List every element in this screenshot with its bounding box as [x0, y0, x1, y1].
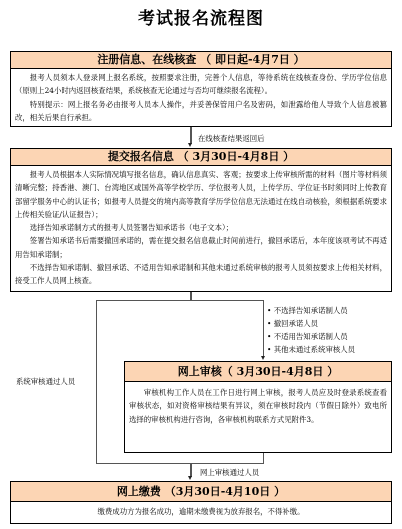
connector-line [263, 300, 264, 357]
paragraph: 不选择告知承诺制、撤回承诺、不适用告知承诺制和其他未通过系统审核的报考人员须按要… [15, 261, 387, 288]
step-review: 网上审核（ 3月30日-4月8日 ） 审核机构工作人员在工作日进行网上审核，报考… [124, 361, 392, 453]
paragraph: 特别提示：网上报名务必由报考人员本人操作，并妥善保管用户名及密码，如泄露给他人导… [15, 98, 387, 125]
step-submit-header: 提交报名信息 （ 3月30日-4月8日 ） [11, 149, 391, 166]
step-review-body: 审核机构工作人员在工作日进行网上审核，报考人员应及时登录系统查看审核状态，如对资… [125, 382, 391, 426]
connector-line [96, 300, 97, 464]
list-item: 其他未通过系统审核人员 [267, 343, 355, 356]
paragraph: 报考人员须本人登录网上报名系统，按照要求注册，完善个人信息，等待系统在线核查身份… [15, 71, 387, 98]
step-payment-header: 网上缴费 （3月30日-4月10日 ） [11, 482, 391, 502]
list-item: 撤回承诺人员 [267, 317, 355, 330]
step-submit-body: 报考人员根据本人实际情况填写报名信息，确认信息真实、客观；按要求上传审核所需的材… [11, 166, 391, 288]
connector-label-system-pass: 系统审核通过人员 [16, 376, 75, 387]
list-item: 不选择告知承诺制人员 [267, 304, 355, 317]
arrow-down-icon [261, 356, 265, 360]
step-submit: 提交报名信息 （ 3月30日-4月8日 ） 报考人员根据本人实际情况填写报名信息… [10, 148, 392, 292]
step-payment-body: 缴费成功方为报名成功，逾期未缴费视为放弃报名，不得补缴。 [11, 502, 391, 522]
connector-line [190, 127, 192, 144]
step-register: 注册信息、在线核查 （ 即日起-4月7日 ） 报考人员须本人登录网上报名系统，按… [10, 51, 392, 127]
connector-label-after-check: 在线核查结果返回后 [198, 133, 265, 144]
page-title: 考试报名流程图 [0, 4, 402, 29]
list-item: 不适用告知承诺制人员 [267, 330, 355, 343]
review-target-list: 不选择告知承诺制人员 撤回承诺人员 不适用告知承诺制人员 其他未通过系统审核人员 [267, 304, 355, 356]
arrow-down-icon [188, 143, 192, 147]
connector-line [96, 300, 264, 301]
connector-label-review-pass: 网上审核通过人员 [200, 467, 259, 478]
paragraph: 审核机构工作人员在工作日进行网上审核，报考人员应及时登录系统查看审核状态，如对资… [129, 386, 387, 426]
connector-line [190, 463, 192, 477]
step-register-body: 报考人员须本人登录网上报名系统，按照要求注册，完善个人信息，等待系统在线核查身份… [11, 69, 391, 124]
paragraph: 签署告知承诺书后需要撤回承诺的，需在提交报名信息截止时间前进行，撤回承诺后，本年… [15, 234, 387, 261]
paragraph: 报考人员根据本人实际情况填写报名信息，确认信息真实、客观；按要求上传审核所需的材… [15, 168, 387, 221]
step-review-header: 网上审核（ 3月30日-4月8日 ） [125, 362, 391, 382]
step-register-header: 注册信息、在线核查 （ 即日起-4月7日 ） [11, 52, 391, 69]
step-payment: 网上缴费 （3月30日-4月10日 ） 缴费成功方为报名成功，逾期未缴费视为放弃… [10, 481, 392, 524]
paragraph: 缴费成功方为报名成功，逾期未缴费视为放弃报名，不得补缴。 [98, 507, 305, 516]
arrow-down-icon [188, 476, 192, 480]
connector-line [96, 463, 264, 464]
paragraph: 选择告知承诺制方式的报考人员签署告知承诺书（电子文本）； [15, 221, 387, 234]
